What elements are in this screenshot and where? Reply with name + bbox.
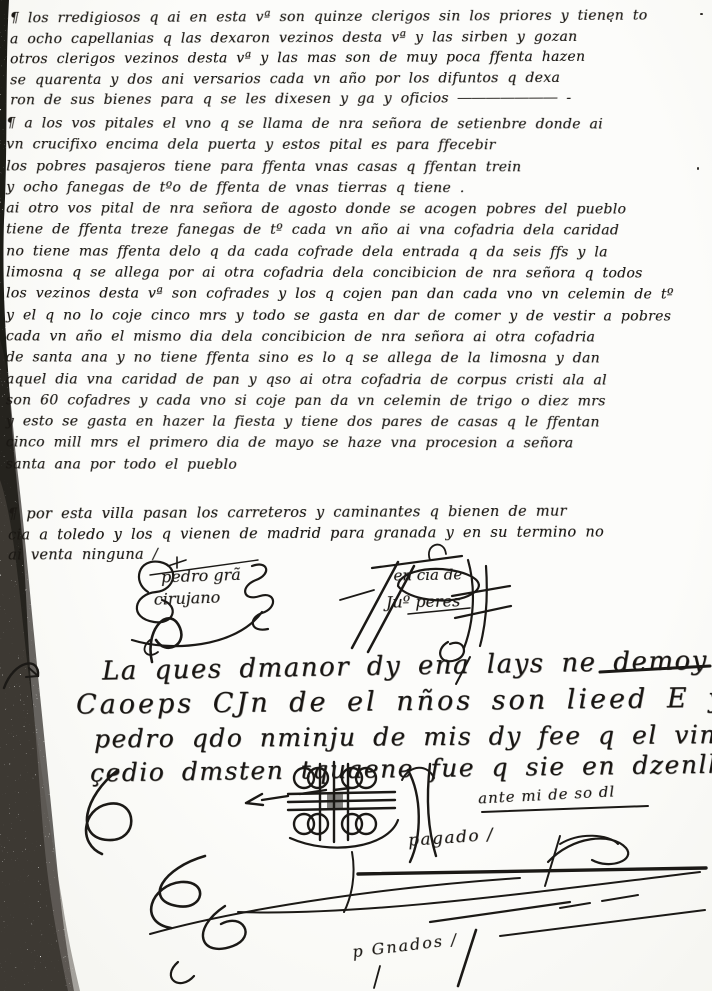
manuscript-line: tiene de ffenta treze fanegas de tº cada… [6, 220, 674, 242]
manuscript-line: ¶ a los vos pitales el vno q se llama de… [6, 113, 674, 135]
signature-name-top: en cia de [393, 565, 462, 584]
manuscript-line: los vezinos desta vª son cofrades y los … [6, 284, 674, 306]
manuscript-line: no tiene mas ffenta delo q da cada cofra… [6, 241, 674, 263]
manuscript-line: ron de sus bienes para q se les dixesen … [10, 88, 648, 111]
manuscript-line: los pobres pasajeros tiene para ffenta v… [6, 156, 674, 178]
manuscript-line: santa ana por todo el pueblo [6, 454, 674, 476]
paragraph-hospitals-confraternities: ¶ a los vos pitales el vno q se llama de… [6, 113, 674, 476]
manuscript-page: ¶ los rredigiosos q ai en esta vª son qu… [0, 0, 712, 991]
signature-witness: en cia de Juº peres [327, 550, 529, 663]
speck [700, 13, 703, 15]
bottom-note: p Gnados / [351, 930, 459, 962]
dashed-arrow-stroke [246, 788, 350, 805]
manuscript-line: cia a toledo y los q vienen de madrid pa… [8, 522, 604, 546]
paragraph-clergy: ¶ los rredigiosos q ai en esta vª son qu… [10, 6, 648, 112]
signature-surgeon: pedro grã cirujano [118, 553, 296, 659]
bottom-zigzag-flourish [150, 836, 706, 988]
manuscript-line: y ocho fanegas de tºo de ffenta de vnas … [6, 177, 674, 199]
pagado-note: pagado / [407, 825, 494, 851]
signature-title: cirujano [153, 588, 220, 609]
manuscript-line: otros clerigos vezinos desta vª y las ma… [10, 47, 648, 70]
manuscript-line: ai otro vos pital de nra señora de agost… [6, 199, 674, 221]
manuscript-line: y esto se gasta en hazer la fiesta y tie… [6, 412, 674, 434]
manuscript-line: de santa ana y no tiene ffenta sino es l… [6, 348, 674, 370]
manuscript-line: a ocho capellanias q las dexaron vezinos… [10, 26, 648, 49]
ante-mi-note: ante mi de so dl [478, 782, 616, 807]
manuscript-line: ¶ por esta villa pasan los carreteros y … [8, 501, 604, 525]
left-loop-flourish [86, 770, 245, 983]
manuscript-line: aquel dia vna caridad de pan y qso ai ot… [6, 369, 674, 391]
signature-name: Juº peres [386, 591, 461, 611]
closing-line: Caoeps CJn de el nños son lieed E yo [76, 682, 712, 720]
closing-line: çedio dmsten tquaene fue q sie en dzenlh… [90, 749, 712, 787]
signature-name: pedro grã [161, 565, 241, 587]
manuscript-line: y el q no lo coje cinco mrs y todo se ga… [6, 305, 674, 327]
manuscript-line: vn crucifixo encima dela puerta y estos … [6, 135, 674, 157]
manuscript-line: cinco mill mrs el primero dia de mayo se… [6, 433, 674, 455]
manuscript-line: limosna q se allega por ai otra cofadria… [6, 262, 674, 284]
manuscript-line: cada vn año el mismo dia dela concibicio… [6, 326, 674, 348]
manuscript-line: ¶ los rredigiosos q ai en esta vª son qu… [10, 6, 648, 29]
speck [610, 20, 612, 22]
speck [697, 167, 699, 170]
manuscript-line: son 60 cofadres y cada vno si coje pan d… [6, 390, 674, 412]
manuscript-line: se quarenta y dos ani versarios cada vn … [10, 67, 648, 90]
closing-line: pedro qdo nminju de mis dy fee q el vino… [94, 720, 712, 754]
